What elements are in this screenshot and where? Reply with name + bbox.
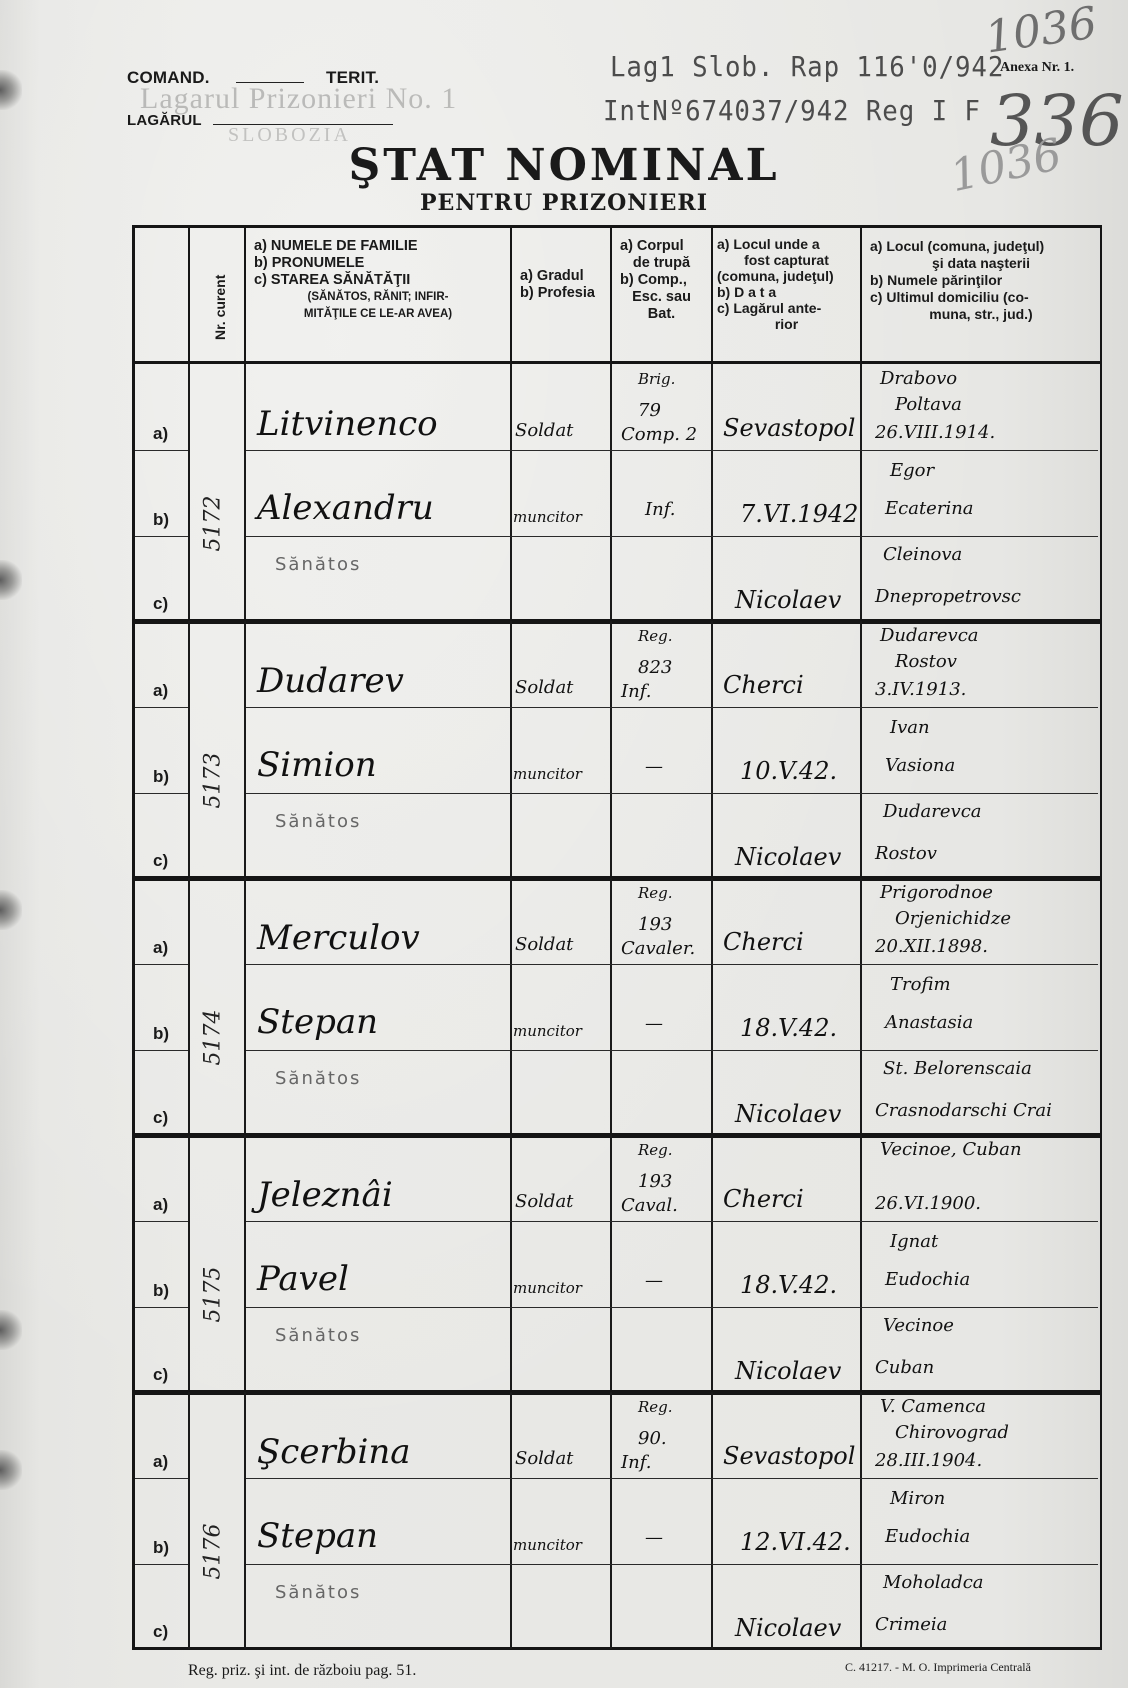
- surname: Litvinenco: [257, 404, 438, 444]
- prisoner-entry-5173: a) b) c) 5173 Dudarev Simion Sănătos Sol…: [135, 621, 1100, 878]
- first-name: Pavel: [257, 1259, 349, 1299]
- birth-date: 3.IV.1913.: [875, 679, 966, 700]
- mother-name: Eudochia: [885, 1269, 970, 1290]
- entry-number: 5174: [201, 1026, 226, 1066]
- col-name-note1: (SĂNĂTOS, RĂNIT; INFIR-: [254, 289, 502, 306]
- unit-line: Brig.: [638, 370, 675, 388]
- previous-camp: Nicolaev: [735, 1100, 841, 1128]
- first-name: Simion: [257, 745, 377, 785]
- col-divider: [711, 878, 713, 1135]
- row-rule: [246, 964, 1098, 965]
- col-origin-c1: c) Ultimul domiciliu (co-: [870, 289, 1092, 306]
- row-rule: [246, 1050, 1098, 1051]
- birth-place: Vecinoe, Cuban: [880, 1139, 1022, 1160]
- sublabel-a: a): [153, 424, 168, 444]
- col-divider: [188, 621, 190, 878]
- rank: Soldat: [515, 1448, 573, 1469]
- row-rule: [135, 1050, 188, 1051]
- row-rule: [135, 964, 188, 965]
- col-divider: [188, 878, 190, 1135]
- first-name: Stepan: [257, 1002, 378, 1042]
- col-divider: [860, 1392, 862, 1649]
- col-divider: [610, 1392, 612, 1649]
- unit-line: —: [645, 756, 663, 777]
- row-rule: [135, 1478, 188, 1479]
- col-divider: [244, 1392, 246, 1649]
- sublabel-a: a): [153, 938, 168, 958]
- profession: muncitor: [513, 1022, 582, 1040]
- unit-line: Reg.: [638, 1141, 673, 1159]
- birth-place: Dudarevca: [880, 625, 979, 646]
- unit-line: 823: [638, 657, 672, 678]
- col-capture-a3: (comuna, judeţul): [717, 268, 856, 284]
- birth-date: 26.VI.1900.: [875, 1193, 981, 1214]
- profession: muncitor: [513, 1536, 582, 1554]
- col-nr-label: Nr. curent: [212, 275, 229, 340]
- first-name: Stepan: [257, 1516, 378, 1556]
- capture-place: Cherci: [723, 928, 804, 956]
- father-name: Miron: [890, 1488, 945, 1509]
- binder-hole: [0, 890, 22, 930]
- health-status: Sănătos: [275, 554, 361, 575]
- sublabel-b: b): [153, 1281, 169, 1301]
- row-rule: [246, 1221, 1098, 1222]
- birth-region: Poltava: [895, 394, 962, 415]
- col-origin-head: a) Locul (comuna, judeţul) şi data naşte…: [862, 228, 1100, 364]
- capture-date: 18.V.42.: [740, 1014, 837, 1042]
- birth-region: Chirovograd: [895, 1422, 1009, 1443]
- col-name-a: a) NUMELE DE FAMILIE: [254, 238, 502, 255]
- col-capture-c2: rior: [717, 316, 856, 332]
- col-name-c: c) STAREA SĂNĂTĂŢII: [254, 272, 502, 289]
- birth-place: Drabovo: [880, 368, 957, 389]
- residence-line: Moholadca: [883, 1572, 984, 1593]
- unit-line: —: [645, 1013, 663, 1034]
- page-subtitle: PENTRU PRIZONIERI: [0, 190, 1128, 216]
- rank: Soldat: [515, 677, 573, 698]
- row-rule: [135, 1564, 188, 1565]
- unit-line: Reg.: [638, 1398, 673, 1416]
- binder-hole: [0, 560, 22, 600]
- unit-line: Inf.: [621, 681, 651, 702]
- father-name: Egor: [890, 460, 934, 481]
- col-name-head: a) NUMELE DE FAMILIE b) PRONUMELE c) STA…: [246, 228, 512, 364]
- col-divider: [711, 1135, 713, 1392]
- unit-line: Caval.: [621, 1195, 678, 1216]
- surname: Jeleznâi: [257, 1175, 393, 1215]
- row-rule: [246, 536, 1098, 537]
- sublabel-a: a): [153, 1195, 168, 1215]
- profession: muncitor: [513, 508, 582, 526]
- binder-hole: [0, 70, 22, 110]
- unit-line: Cavaler.: [621, 938, 695, 959]
- birth-date: 26.VIII.1914.: [875, 422, 995, 443]
- sublabel-c: c): [153, 1108, 168, 1128]
- row-rule: [246, 1478, 1098, 1479]
- col-divider: [860, 364, 862, 621]
- birth-place: V. Camenca: [880, 1396, 986, 1417]
- col-corps-a1: a) Corpul: [620, 238, 703, 255]
- row-rule: [246, 793, 1098, 794]
- col-nr-head: Nr. curent: [190, 228, 246, 364]
- col-divider: [610, 878, 612, 1135]
- page-title: ŞTAT NOMINAL: [0, 140, 1128, 191]
- capture-date: 7.VI.1942: [740, 500, 858, 528]
- col-divider: [711, 621, 713, 878]
- sublabel-c: c): [153, 594, 168, 614]
- capture-date: 12.VI.42.: [740, 1528, 851, 1556]
- col-divider: [188, 1135, 190, 1392]
- previous-camp: Nicolaev: [735, 843, 841, 871]
- birth-place: Prigorodnoe: [880, 882, 993, 903]
- col-name-b: b) PRONUMELE: [254, 255, 502, 272]
- col-capture-c1: c) Lagărul ante-: [717, 300, 856, 316]
- sublabel-b: b): [153, 1538, 169, 1558]
- rank: Soldat: [515, 934, 573, 955]
- residence-line: Crimeia: [875, 1614, 947, 1635]
- col-corps-head: a) Corpul de trupă b) Comp., Esc. sau Ba…: [612, 228, 713, 364]
- unit-line: 193: [638, 914, 672, 935]
- surname: Dudarev: [257, 661, 404, 701]
- camp-stamp-faded: Lagarul Prizonieri No. 1: [140, 82, 457, 116]
- col-divider: [510, 878, 512, 1135]
- row-rule: [246, 450, 1098, 451]
- health-status: Sănătos: [275, 1582, 361, 1603]
- sublabel-a: a): [153, 1452, 168, 1472]
- col-divider: [510, 621, 512, 878]
- father-name: Ignat: [890, 1231, 938, 1252]
- residence-line: Cleinova: [883, 544, 962, 565]
- residence-line: Cuban: [875, 1357, 934, 1378]
- father-name: Ivan: [890, 717, 930, 738]
- entry-number: 5172: [201, 512, 226, 552]
- birth-region: Rostov: [895, 651, 957, 672]
- row-rule: [135, 793, 188, 794]
- col-capture-head: a) Locul unde a fost capturat (comuna, j…: [713, 228, 862, 364]
- capture-place: Cherci: [723, 1185, 804, 1213]
- unit-line: Inf.: [621, 1452, 651, 1473]
- col-divider: [244, 621, 246, 878]
- sublabel-b: b): [153, 510, 169, 530]
- capture-date: 10.V.42.: [740, 757, 837, 785]
- capture-place: Cherci: [723, 671, 804, 699]
- col-divider: [244, 1135, 246, 1392]
- col-sublabel-head: [135, 228, 190, 364]
- unit-line: 90.: [638, 1428, 667, 1449]
- pencil-folio-number: 1036: [982, 0, 1100, 64]
- row-rule: [246, 707, 1098, 708]
- col-divider: [244, 364, 246, 621]
- rank: Soldat: [515, 420, 573, 441]
- binder-hole: [0, 1450, 22, 1490]
- birth-region: Orjenichidze: [895, 908, 1011, 929]
- col-divider: [711, 1392, 713, 1649]
- col-divider: [188, 1392, 190, 1649]
- col-corps-b2: Esc. sau: [620, 289, 703, 306]
- col-corps-a2: de trupă: [620, 255, 703, 272]
- prisoner-table: Nr. curent a) NUMELE DE FAMILIE b) PRONU…: [132, 225, 1102, 1650]
- entry-number: 5175: [201, 1283, 226, 1323]
- prisoner-entry-5174: a) b) c) 5174 Merculov Stepan Sănătos So…: [135, 878, 1100, 1135]
- birth-date: 20.XII.1898.: [875, 936, 988, 957]
- profession: muncitor: [513, 1279, 582, 1297]
- col-divider: [610, 621, 612, 878]
- col-origin-a1: a) Locul (comuna, judeţul): [870, 238, 1092, 255]
- row-rule: [135, 1307, 188, 1308]
- col-divider: [860, 621, 862, 878]
- col-divider: [610, 364, 612, 621]
- residence-line: Vecinoe: [883, 1315, 954, 1336]
- col-divider: [610, 1135, 612, 1392]
- col-divider: [510, 1135, 512, 1392]
- sublabel-b: b): [153, 767, 169, 787]
- registry-stamp-line1: Lag1 Slob. Rap 116'0/942: [610, 50, 1004, 83]
- footer-reference: Reg. priz. şi int. de războiu pag. 51.: [188, 1662, 416, 1680]
- surname: Şcerbina: [257, 1432, 411, 1472]
- col-corps-b3: Bat.: [620, 306, 703, 323]
- lagarul-label: LAGĂRUL: [127, 112, 202, 129]
- previous-camp: Nicolaev: [735, 1357, 841, 1385]
- previous-camp: Nicolaev: [735, 586, 841, 614]
- row-rule: [135, 707, 188, 708]
- health-status: Sănătos: [275, 1068, 361, 1089]
- sublabel-c: c): [153, 851, 168, 871]
- health-status: Sănătos: [275, 1325, 361, 1346]
- capture-place: Sevastopol: [723, 1442, 855, 1470]
- capture-date: 18.V.42.: [740, 1271, 837, 1299]
- row-rule: [135, 1221, 188, 1222]
- row-rule: [246, 1307, 1098, 1308]
- unit-line: —: [645, 1270, 663, 1291]
- row-rule: [135, 450, 188, 451]
- col-name-note2: MITĂŢILE CE LE-AR AVEA): [254, 306, 502, 323]
- first-name: Alexandru: [257, 488, 434, 528]
- father-name: Trofim: [890, 974, 951, 995]
- sublabel-c: c): [153, 1622, 168, 1642]
- col-divider: [711, 364, 713, 621]
- unit-line: Reg.: [638, 884, 673, 902]
- unit-line: 193: [638, 1171, 672, 1192]
- entry-number: 5173: [201, 769, 226, 809]
- document-page: COMAND. TERIT. Lagarul Prizonieri No. 1 …: [0, 0, 1128, 1688]
- col-grade-head: a) Gradul b) Profesia: [512, 228, 612, 364]
- mother-name: Eudochia: [885, 1526, 970, 1547]
- col-divider: [510, 1392, 512, 1649]
- capture-place: Sevastopol: [723, 414, 855, 442]
- row-rule: [135, 536, 188, 537]
- residence-line: Crasnodarschi Crai: [875, 1100, 1052, 1121]
- health-status: Sănătos: [275, 811, 361, 832]
- col-divider: [244, 878, 246, 1135]
- col-divider: [860, 878, 862, 1135]
- col-corps-b1: b) Comp.,: [620, 272, 703, 289]
- previous-camp: Nicolaev: [735, 1614, 841, 1642]
- mother-name: Vasiona: [885, 755, 955, 776]
- sublabel-b: b): [153, 1024, 169, 1044]
- col-divider: [188, 364, 190, 621]
- prisoner-entry-5175: a) b) c) 5175 Jeleznâi Pavel Sănătos Sol…: [135, 1135, 1100, 1392]
- mother-name: Anastasia: [885, 1012, 973, 1033]
- residence-line: St. Belorenscaia: [883, 1058, 1032, 1079]
- sublabel-c: c): [153, 1365, 168, 1385]
- residence-line: Dnepropetrovsc: [875, 586, 1021, 607]
- col-divider: [510, 364, 512, 621]
- sublabel-a: a): [153, 681, 168, 701]
- col-origin-a2: şi data naşterii: [870, 255, 1092, 272]
- col-grade-a: a) Gradul: [520, 268, 602, 285]
- col-divider: [860, 1135, 862, 1392]
- col-origin-b: b) Numele părinţilor: [870, 272, 1092, 289]
- profession: muncitor: [513, 765, 582, 783]
- surname: Merculov: [257, 918, 420, 958]
- mother-name: Ecaterina: [885, 498, 974, 519]
- unit-line: Comp. 2: [621, 424, 697, 445]
- unit-line: 79: [638, 400, 661, 421]
- unit-line: Reg.: [638, 627, 673, 645]
- entry-number: 5176: [201, 1540, 226, 1580]
- col-capture-b: b) D a t a: [717, 284, 856, 300]
- col-grade-b: b) Profesia: [520, 285, 602, 302]
- anexa-label: Anexa Nr. 1.: [1000, 60, 1074, 76]
- residence-line: Dudarevca: [883, 801, 982, 822]
- footer-printer: C. 41217. - M. O. Imprimeria Centrală: [845, 1660, 1031, 1675]
- residence-line: Rostov: [875, 843, 937, 864]
- registry-stamp-line2: IntNº674037/942 Reg I F: [603, 94, 981, 127]
- row-rule: [246, 1564, 1098, 1565]
- unit-line: Inf.: [645, 499, 675, 520]
- binder-hole: [0, 1310, 22, 1350]
- rank: Soldat: [515, 1191, 573, 1212]
- prisoner-entry-5172: a) b) c) 5172 Litvinenco Alexandru Sănăt…: [135, 364, 1100, 621]
- unit-line: —: [645, 1527, 663, 1548]
- birth-date: 28.III.1904.: [875, 1450, 982, 1471]
- prisoner-entry-5176: a) b) c) 5176 Şcerbina Stepan Sănătos So…: [135, 1392, 1100, 1649]
- col-origin-c2: muna, str., jud.): [870, 306, 1092, 323]
- col-capture-a2: fost capturat: [717, 252, 856, 268]
- col-capture-a1: a) Locul unde a: [717, 236, 856, 252]
